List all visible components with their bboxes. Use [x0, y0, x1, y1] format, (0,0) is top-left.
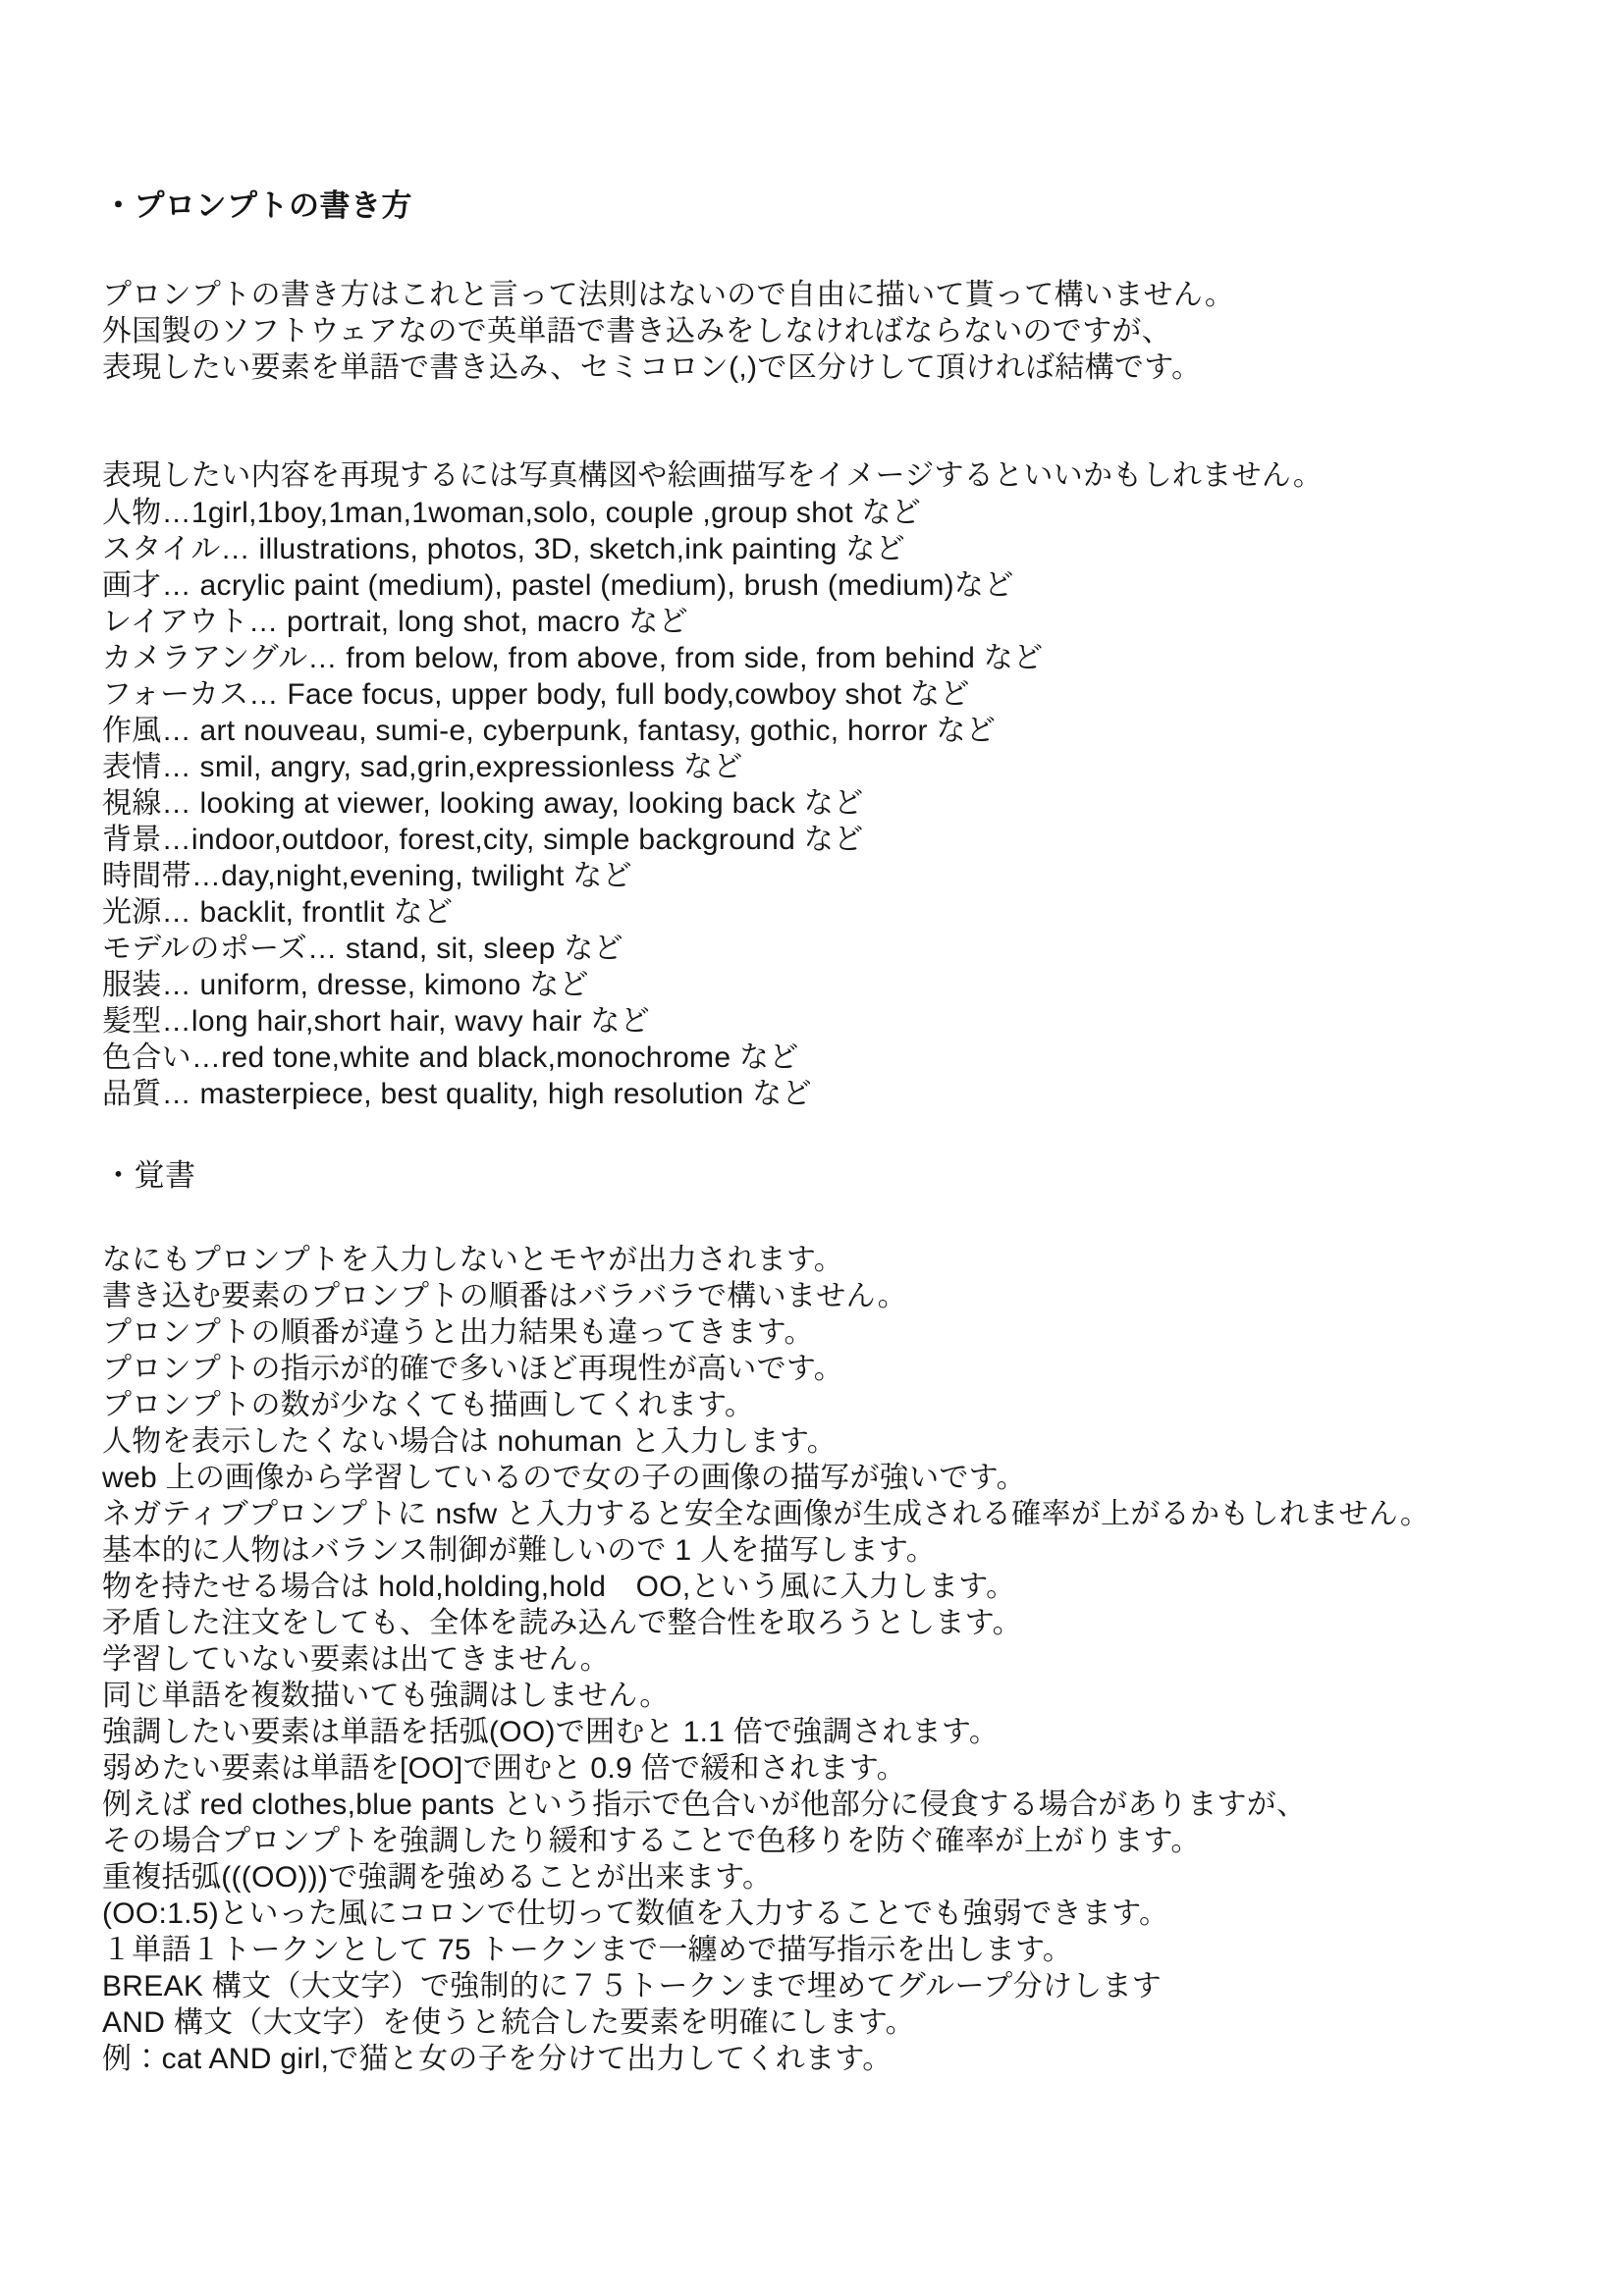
- section-heading-memo: ・覚書: [103, 1157, 196, 1194]
- intro-paragraph: プロンプトの書き方はこれと言って法則はないので自由に描いて貰って構いません。外国…: [102, 277, 1234, 386]
- memo-note-line: １単語１トークンとして 75 トークンまで一纏めで描写指示を出します。: [102, 1932, 1430, 1968]
- section-heading-prompt-writing: ・プロンプトの書き方: [103, 187, 412, 224]
- prompt-element-line: スタイル… illustrations, photos, 3D, sketch,…: [102, 531, 1043, 567]
- prompt-element-line: モデルのポーズ… stand, sit, sleep など: [102, 931, 1043, 967]
- memo-note-line: 書き込む要素のプロンプトの順番はバラバラで構いません。: [102, 1278, 1430, 1314]
- memo-note-line: AND 構文（大文字）を使うと統合した要素を明確にします。: [102, 2004, 1430, 2041]
- memo-note-line: 弱めたい要素は単語を[OO]で囲むと 0.9 倍で緩和されます。: [102, 1750, 1430, 1787]
- memo-note-line: 物を持たせる場合は hold,holding,hold OO,という風に入力しま…: [102, 1569, 1430, 1605]
- memo-note-line: 同じ単語を複数描いても強調はしません。: [102, 1678, 1430, 1714]
- prompt-element-line: 時間帯…day,night,evening, twilight など: [102, 858, 1043, 894]
- prompt-element-line: レイアウト… portrait, long shot, macro など: [102, 604, 1043, 640]
- memo-note-line: 学習していない要素は出てきません。: [102, 1641, 1430, 1678]
- prompt-element-line: 背景…indoor,outdoor, forest,city, simple b…: [102, 822, 1043, 858]
- memo-note-line: 強調したい要素は単語を括弧(OO)で囲むと 1.1 倍で強調されます。: [102, 1714, 1430, 1750]
- text-line: 外国製のソフトウェアなので英単語で書き込みをしなければならないのですが、: [102, 313, 1234, 349]
- prompt-element-line: 人物…1girl,1boy,1man,1woman,solo, couple ,…: [102, 495, 1043, 531]
- memo-note-line: 基本的に人物はバランス制御が難しいので 1 人を描写します。: [102, 1532, 1430, 1569]
- memo-note-line: 矛盾した注文をしても、全体を読み込んで整合性を取ろうとします。: [102, 1605, 1430, 1641]
- text-line: 表現したい要素を単語で書き込み、セミコロン(,)で区分けして頂ければ結構です。: [102, 349, 1234, 386]
- prompt-element-line: 服装… uniform, dresse, kimono など: [102, 967, 1043, 1003]
- memo-note-line: ネガティブプロンプトに nsfw と入力すると安全な画像が生成される確率が上がる…: [102, 1496, 1430, 1532]
- text-line: プロンプトの書き方はこれと言って法則はないので自由に描いて貰って構いません。: [102, 277, 1234, 313]
- memo-note-line: web 上の画像から学習しているので女の子の画像の描写が強いです。: [102, 1460, 1430, 1496]
- prompt-element-line: 髪型…long hair,short hair, wavy hair など: [102, 1003, 1043, 1040]
- prompt-element-line: 光源… backlit, frontlit など: [102, 894, 1043, 931]
- memo-note-line: 重複括弧(((OO)))で強調を強めることが出来ます。: [102, 1859, 1430, 1896]
- prompt-element-line: 色合い…red tone,white and black,monochrome …: [102, 1040, 1043, 1076]
- tip-line: 表現したい内容を再現するには写真構図や絵画描写をイメージするといいかもしれません…: [102, 457, 1323, 494]
- memo-note-line: BREAK 構文（大文字）で強制的に７５トークンまで埋めてグループ分けします: [102, 1968, 1430, 2004]
- memo-note-line: プロンプトの数が少なくても描画してくれます。: [102, 1387, 1430, 1423]
- memo-note-line: その場合プロンプトを強調したり緩和することで色移りを防ぐ確率が上がります。: [102, 1823, 1430, 1859]
- prompt-elements-list: 人物…1girl,1boy,1man,1woman,solo, couple ,…: [102, 495, 1043, 1112]
- memo-note-line: 例えば red clothes,blue pants という指示で色合いが他部分…: [102, 1787, 1430, 1823]
- prompt-element-line: 表情… smil, angry, sad,grin,expressionless…: [102, 749, 1043, 785]
- prompt-element-line: 画才… acrylic paint (medium), pastel (medi…: [102, 567, 1043, 604]
- memo-notes-list: なにもプロンプトを入力しないとモヤが出力されます。書き込む要素のプロンプトの順番…: [102, 1242, 1430, 2077]
- prompt-element-line: 作風… art nouveau, sumi-e, cyberpunk, fant…: [102, 713, 1043, 749]
- prompt-element-line: 品質… masterpiece, best quality, high reso…: [102, 1076, 1043, 1112]
- document-page: ・プロンプトの書き方 プロンプトの書き方はこれと言って法則はないので自由に描いて…: [0, 0, 1624, 2296]
- prompt-element-line: カメラアングル… from below, from above, from si…: [102, 640, 1043, 676]
- prompt-element-line: フォーカス… Face focus, upper body, full body…: [102, 676, 1043, 713]
- memo-note-line: プロンプトの順番が違うと出力結果も違ってきます。: [102, 1314, 1430, 1351]
- memo-note-line: 例：cat AND girl,で猫と女の子を分けて出力してくれます。: [102, 2041, 1430, 2077]
- memo-note-line: なにもプロンプトを入力しないとモヤが出力されます。: [102, 1242, 1430, 1278]
- memo-note-line: プロンプトの指示が的確で多いほど再現性が高いです。: [102, 1351, 1430, 1387]
- memo-note-line: (OO:1.5)といった風にコロンで仕切って数値を入力することでも強弱できます。: [102, 1896, 1430, 1932]
- memo-note-line: 人物を表示したくない場合は nohuman と入力します。: [102, 1423, 1430, 1460]
- prompt-element-line: 視線… looking at viewer, looking away, loo…: [102, 785, 1043, 822]
